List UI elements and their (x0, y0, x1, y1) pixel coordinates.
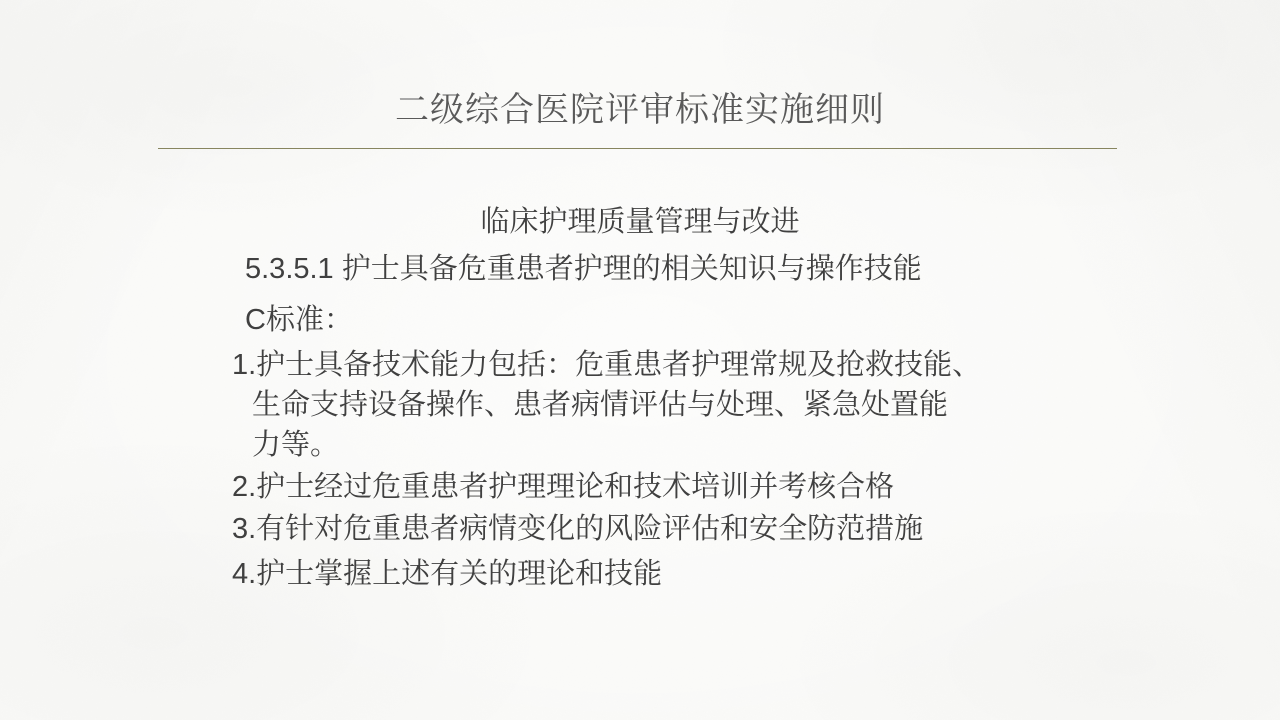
title-divider-line (158, 148, 1117, 149)
standard-label: C标准： (232, 300, 1062, 340)
body-text-block: 5.3.5.1 护士具备危重患者护理的相关知识与操作技能 C标准： 1.护士具备… (232, 249, 1062, 596)
list-item-line: 4.护士掌握上述有关的理论和技能 (232, 554, 1062, 594)
list-item-line: 1.护士具备技术能力包括：危重患者护理常规及抢救技能、 (232, 345, 1062, 385)
list-item-line: 2.护士经过危重患者护理理论和技术培训并考核合格 (232, 467, 1062, 507)
list-item: 2.护士经过危重患者护理理论和技术培训并考核合格 (232, 467, 1062, 507)
list-item: 3.有针对危重患者病情变化的风险评估和安全防范措施 (232, 509, 1062, 549)
list-item: 1.护士具备技术能力包括：危重患者护理常规及抢救技能、 生命支持设备操作、患者病… (232, 345, 1062, 465)
list-item: 4.护士掌握上述有关的理论和技能 (232, 554, 1062, 594)
section-heading: 5.3.5.1 护士具备危重患者护理的相关知识与操作技能 (232, 249, 1062, 289)
list-item-line: 3.有针对危重患者病情变化的风险评估和安全防范措施 (232, 509, 1062, 549)
slide-subtitle: 临床护理质量管理与改进 (0, 205, 1280, 239)
list-item-line: 力等。 (232, 425, 1062, 465)
list-item-line: 生命支持设备操作、患者病情评估与处理、紧急处置能 (232, 385, 1062, 425)
slide-title: 二级综合医院评审标准实施细则 (0, 90, 1280, 130)
